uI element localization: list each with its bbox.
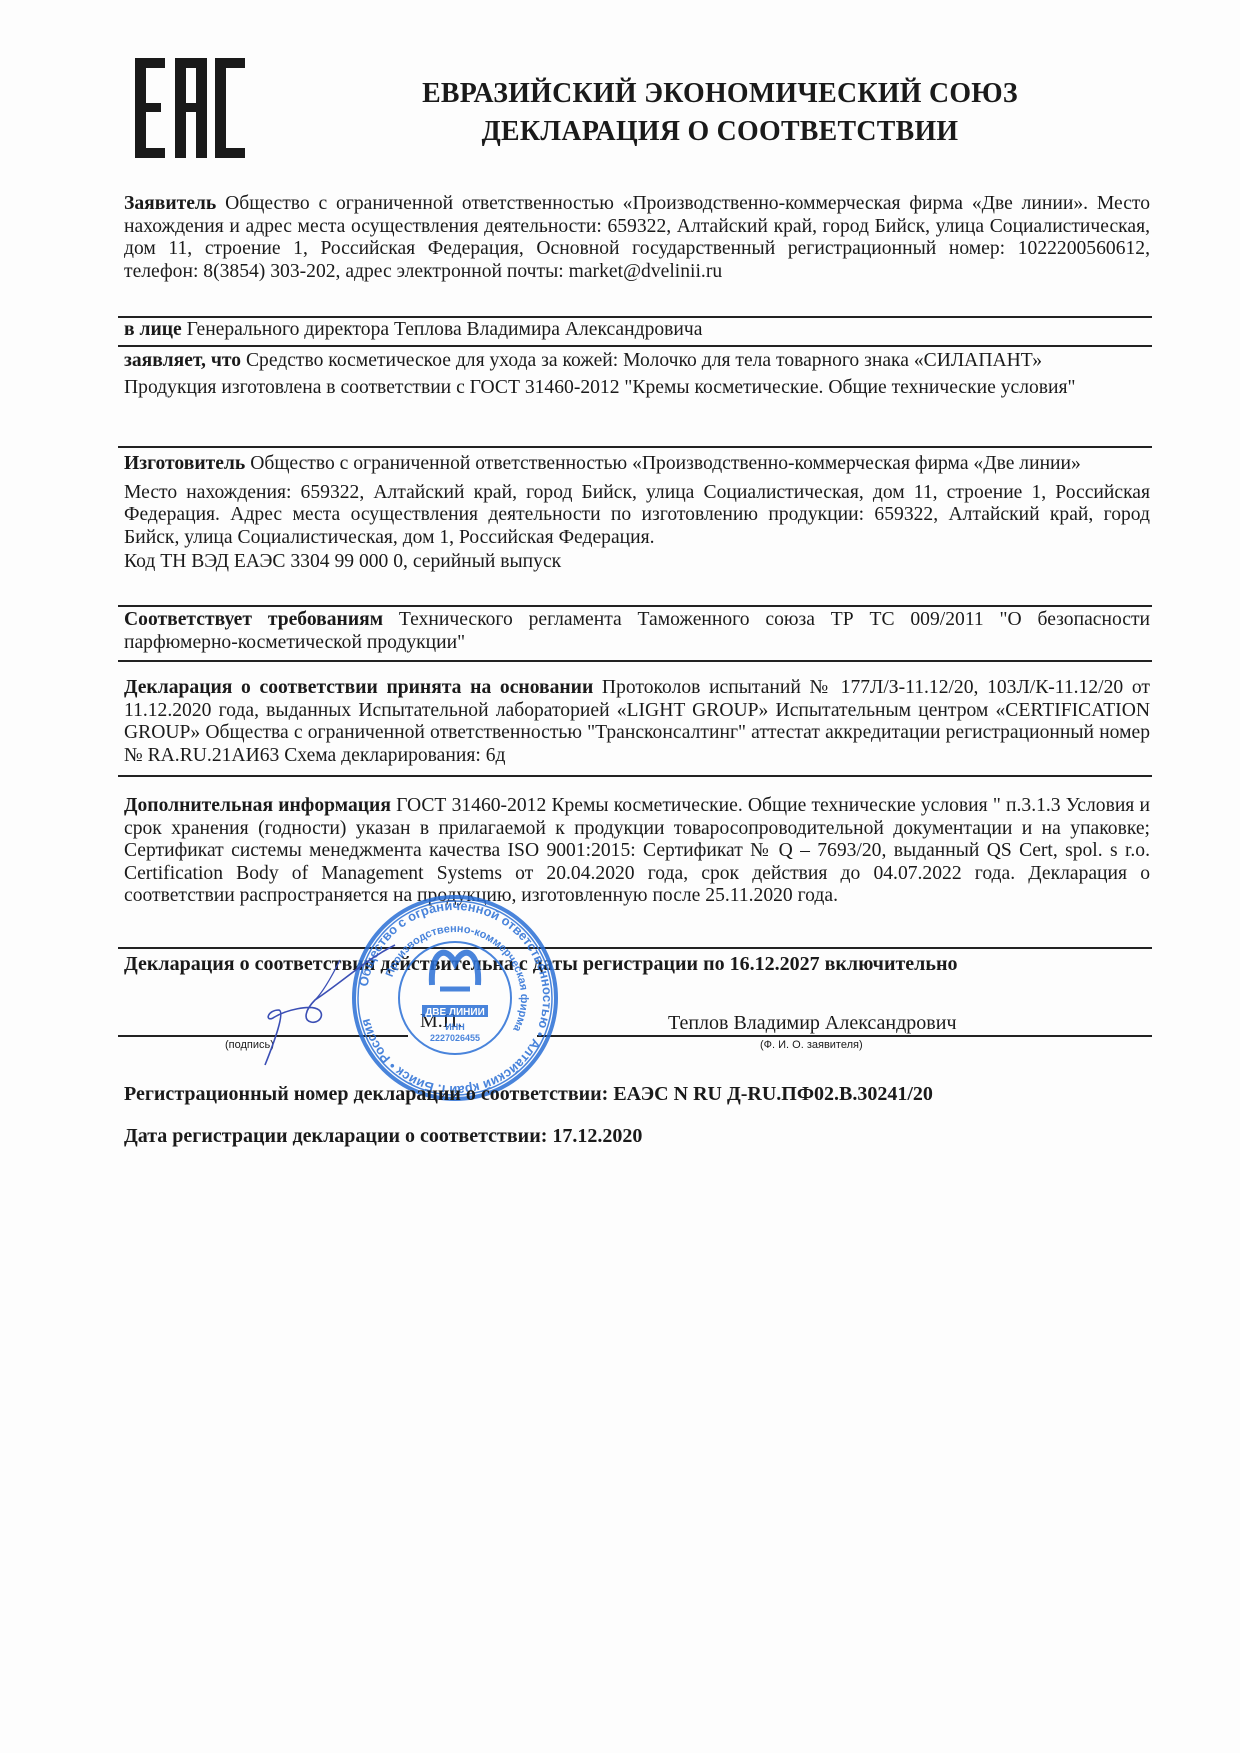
svg-text:2227026455: 2227026455 (430, 1033, 480, 1043)
additional-info-section: Дополнительная информация ГОСТ 31460-201… (124, 795, 1150, 908)
product-description: Средство косметическое для ухода за коже… (246, 350, 1042, 371)
applicant-label: Заявитель (124, 193, 216, 214)
title-union: ЕВРАЗИЙСКИЙ ЭКОНОМИЧЕСКИЙ СОЮЗ (374, 74, 1065, 112)
registration-date: Дата регистрации декларации о соответств… (124, 1124, 642, 1148)
basis-section: Декларация о соответствии принята на осн… (124, 677, 1150, 767)
representative-section: в лице Генерального директора Теплова Вл… (124, 319, 1150, 342)
svg-text:ДВЕ ЛИНИИ: ДВЕ ЛИНИИ (425, 1007, 485, 1018)
manufacturer-label: Изготовитель (124, 453, 245, 474)
declaration-page: ЕВРАЗИЙСКИЙ ЭКОНОМИЧЕСКИЙ СОЮЗ ДЕКЛАРАЦИ… (0, 0, 1240, 1753)
title-declaration: ДЕКЛАРАЦИЯ О СООТВЕТСТВИИ (374, 112, 1065, 150)
complies-label: Соответствует требованиям (124, 609, 383, 630)
manufacturer-section: Изготовитель Общество с ограниченной отв… (124, 453, 1150, 574)
manufacturer-address: Место нахождения: 659322, Алтайский край… (124, 482, 1150, 550)
signer-caption: (Ф. И. О. заявителя) (760, 1039, 863, 1051)
basis-label: Декларация о соответствии принята на осн… (124, 677, 593, 698)
divider (118, 775, 1152, 777)
divider (118, 316, 1152, 318)
divider (118, 345, 1152, 347)
production-standard: Продукция изготовлена в соответствии с Г… (124, 377, 1150, 400)
eac-logo-icon (135, 58, 247, 158)
representative-text: Генерального директора Теплова Владимира… (187, 319, 703, 340)
svg-text:ИНН: ИНН (445, 1022, 464, 1032)
hs-code: Код ТН ВЭД ЕАЭС 3304 99 000 0, серийный … (124, 551, 1150, 574)
handwritten-signature-icon (245, 940, 405, 1070)
additional-info-label: Дополнительная информация (124, 795, 391, 816)
declares-label: заявляет, что (124, 350, 241, 371)
divider (118, 605, 1152, 607)
registration-number: Регистрационный номер декларации о соотв… (124, 1082, 933, 1106)
signer-name: Теплов Владимир Александрович (668, 1012, 957, 1035)
divider (118, 446, 1152, 448)
representative-label: в лице (124, 319, 182, 340)
applicant-text: Общество с ограниченной ответственностью… (124, 193, 1150, 282)
document-title: ЕВРАЗИЙСКИЙ ЭКОНОМИЧЕСКИЙ СОЮЗ ДЕКЛАРАЦИ… (374, 74, 1065, 150)
applicant-section: Заявитель Общество с ограниченной ответс… (124, 193, 1150, 283)
signer-name-line (537, 1035, 1152, 1037)
declares-section: заявляет, что Средство косметическое для… (124, 350, 1150, 399)
complies-section: Соответствует требованиям Технического р… (124, 609, 1150, 654)
manufacturer-text: Общество с ограниченной ответственностью… (250, 453, 1081, 474)
divider (118, 660, 1152, 662)
